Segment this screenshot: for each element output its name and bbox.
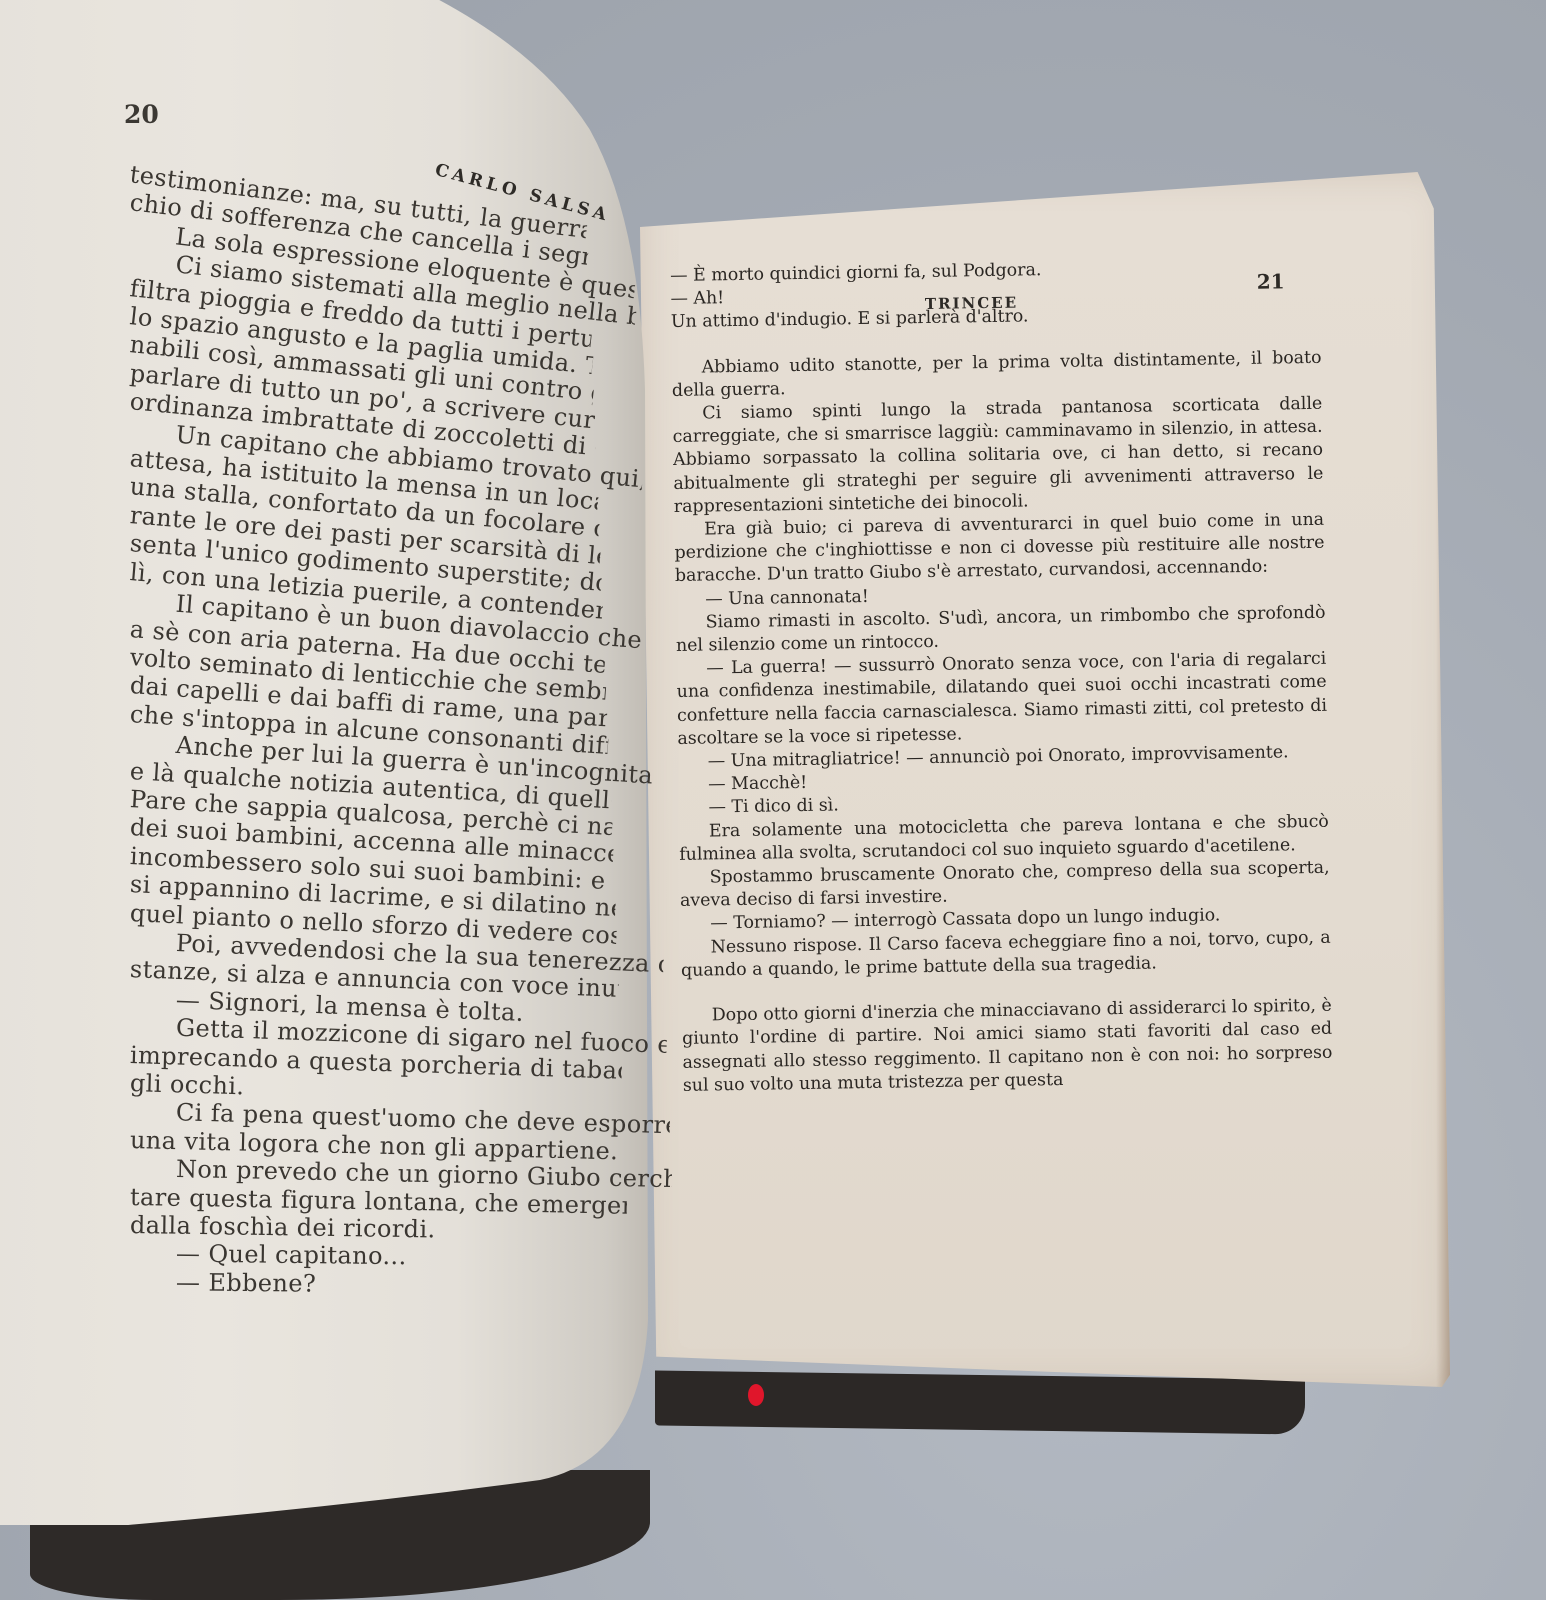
left-text-line: — Ebbene? — [130, 1268, 676, 1301]
right-page-text: — È morto quindici giorni fa, sul Podgor… — [670, 255, 1333, 1098]
page-number-left: 20 — [124, 100, 159, 129]
left-page-text: testimonianze: ma, su tutti, la guerra h… — [130, 160, 630, 1296]
right-paragraph: — La guerra! — sussurrò Onorato senza vo… — [676, 648, 1327, 751]
right-paragraph: Dopo otto giorni d'inerzia che minacciav… — [682, 995, 1333, 1098]
red-bookmark-ribbon — [748, 1384, 764, 1406]
right-paragraph: Ci siamo spinti lungo la strada pantanos… — [672, 393, 1324, 519]
right-paragraph: Era già buio; ci pareva di avventurarci … — [674, 509, 1325, 589]
photo-scene: TRINCEE 21 — È morto quindici giorni fa,… — [0, 0, 1546, 1600]
